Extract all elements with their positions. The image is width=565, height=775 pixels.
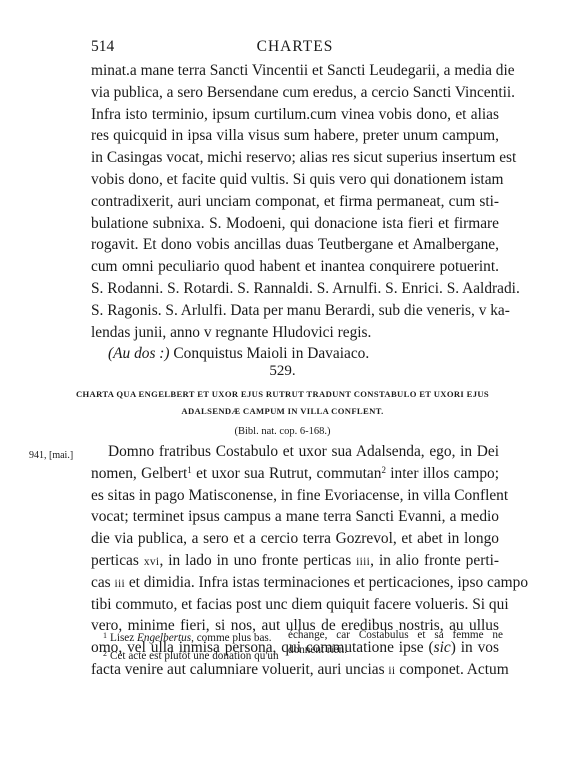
margin-date: 941, [mai.] (29, 450, 73, 461)
text-line: die via publica, a sero et a cercio terr… (91, 528, 499, 550)
text-line: vobis dono, et facite quid vultis. Si qu… (91, 169, 499, 191)
text-line: vocat; terminet ipsus campus a mane terr… (91, 506, 499, 528)
text-line: nomen, Gelbert1 et uxor sua Rutrut, comm… (91, 463, 499, 485)
dorsal-note-text: Conquistus Maioli in Davaiaco. (170, 345, 370, 362)
text-line: es sitas in pago Matisconense, in fine E… (91, 485, 499, 507)
text-line: S. Rodanni. S. Rotardi. S. Rannaldi. S. … (91, 278, 499, 300)
charter-title-line: CHARTA QUA ENGELBERT ET UXOR EJUS RUTRUT… (40, 386, 525, 403)
text-line: bulatione subnixa. S. Modoeni, qui donac… (91, 213, 499, 235)
text-line: contradixerit, auri unciam componat, et … (91, 191, 499, 213)
footnote-1: 1Lisez Engelbertus, comme plus bas. (103, 628, 273, 646)
running-title: CHARTES (91, 38, 499, 56)
dorsal-note: (Au dos :) Conquistus Maioli in Davaiaco… (91, 343, 499, 365)
text-line: minat.a mane terra Sancti Vincentii et S… (91, 60, 499, 82)
source-citation: (Bibl. nat. cop. 6-168.) (0, 426, 565, 437)
text-line: Infra isto terminio, ipsum curtilum.cum … (91, 104, 499, 126)
text-line: res quicquid in ipsa villa visus sum hab… (91, 125, 499, 147)
roman-numeral: xvi (144, 556, 160, 568)
text-line: cum omni peculiario quod habent et inant… (91, 256, 499, 278)
text-line: in Casingas vocat, michi reservo; alias … (91, 147, 499, 169)
roman-numeral: iiii (356, 556, 370, 568)
dorsal-note-label: (Au dos :) (108, 345, 170, 362)
text-line: tibi commuto, et facias post unc diem qu… (91, 594, 499, 616)
text-line: perticas xvi, in lado in uno fronte pert… (91, 550, 499, 572)
continuation-text: minat.a mane terra Sancti Vincentii et S… (91, 60, 499, 365)
text-line: S. Ragonis. S. Arlulfi. Data per manu Be… (91, 300, 499, 322)
document-page: 514 CHARTES minat.a mane terra Sancti Vi… (0, 0, 565, 775)
text-line: rogavit. Et dono vobis ancillas duas Teu… (91, 234, 499, 256)
text-line: via publica, a sero Bersendane cum eredu… (91, 82, 499, 104)
footnote-2-continued: échange, car Costabulus et sa femme ne (288, 628, 503, 643)
text-line: cas iii et dimidia. Infra istas terminac… (91, 572, 499, 594)
footnotes-left-column: 1Lisez Engelbertus, comme plus bas. 2Cet… (103, 628, 273, 664)
charter-title: CHARTA QUA ENGELBERT ET UXOR EJUS RUTRUT… (40, 386, 525, 420)
text-line: Domno fratribus Costabulo et uxor sua Ad… (91, 441, 499, 463)
footnote-2: 2Cet acte est plutôt une donation qu'un (103, 646, 273, 664)
charter-title-line: ADALSENDÆ CAMPUM IN VILLA CONFLENT. (40, 403, 525, 420)
footnote-2-continued: donnent rien. (288, 643, 503, 658)
footnotes-right-column: échange, car Costabulus et sa femme ne d… (288, 628, 503, 658)
text-line: lendas junii, anno v regnante Hludovici … (91, 322, 499, 344)
roman-numeral: iii (115, 578, 126, 590)
charter-number: 529. (0, 363, 565, 380)
running-head: 514 CHARTES (91, 38, 499, 58)
